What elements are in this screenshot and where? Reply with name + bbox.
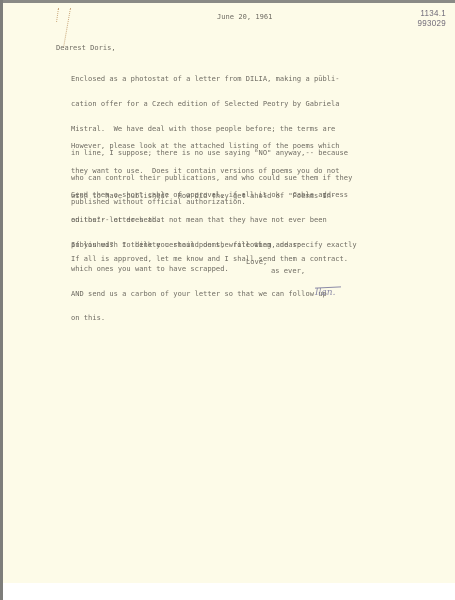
- paragraph-line: Send them a short cable of approval, if …: [71, 191, 357, 199]
- paragraph-line: they want to use. Does it contain versio…: [71, 167, 340, 175]
- letter-paper: June 20, 1961 1134.1 993029 Dearest Dori…: [3, 3, 455, 583]
- pencil-mark-icon: [56, 8, 60, 22]
- paragraph-line: However, please look at the attached lis…: [71, 142, 340, 150]
- paragraph-line: on their letter head.: [71, 216, 357, 224]
- handwritten-signature: Ilan.: [315, 288, 335, 298]
- salutation: Dearest Doris,: [56, 44, 116, 52]
- closing-as-ever: as ever,: [271, 267, 305, 275]
- paragraph-line: on this.: [71, 314, 357, 322]
- scan-page: June 20, 1961 1134.1 993029 Dearest Dori…: [0, 0, 455, 600]
- closing-love: Love,: [246, 258, 267, 266]
- archive-marks: 1134.1 993029: [418, 9, 447, 29]
- paragraph-line: cation offer for a Czech edition of Sele…: [71, 100, 352, 108]
- paragraph-line: If all is approved, let me know and I sh…: [71, 255, 348, 263]
- archive-mark-2: 993029: [418, 19, 447, 29]
- paragraph-4: If all is approved, let me know and I sh…: [71, 239, 348, 280]
- archive-mark-1: 1134.1: [418, 9, 447, 19]
- paragraph-line: AND send us a carbon of your letter so t…: [71, 290, 357, 298]
- letter-date: June 20, 1961: [217, 13, 272, 21]
- pencil-mark-icon: [63, 8, 72, 48]
- paragraph-line: Enclosed as a photostat of a letter from…: [71, 75, 352, 83]
